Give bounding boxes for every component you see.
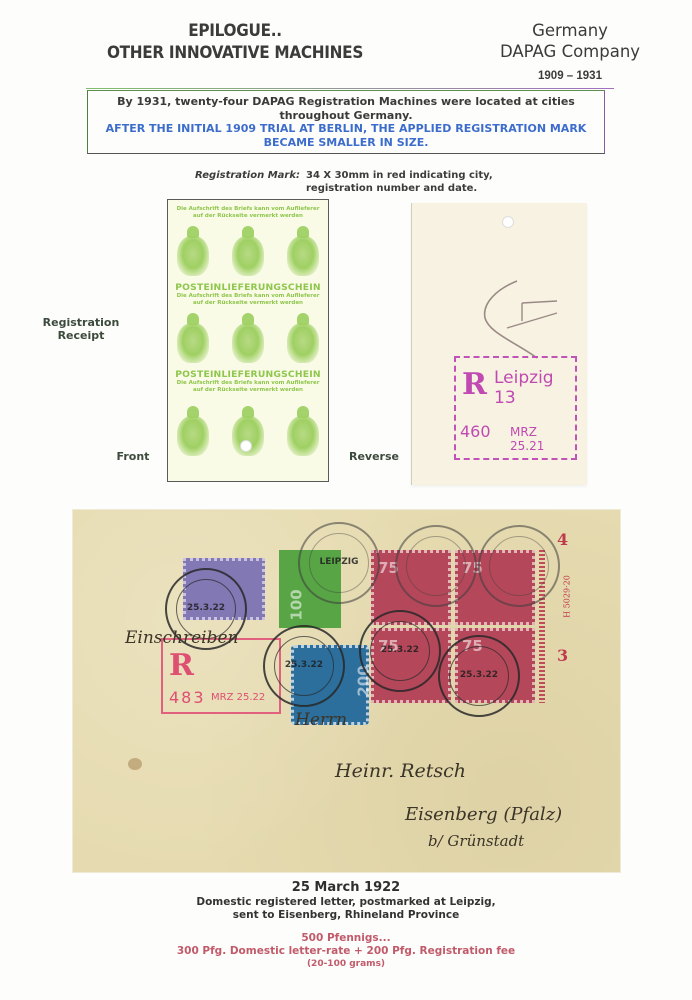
cover-caption: 25 March 1922 Domestic registered letter… (100, 880, 592, 971)
country: Germany (470, 20, 670, 41)
header-divider (86, 88, 614, 89)
registration-letter: R (169, 648, 194, 683)
handwriting-via: b/ Grünstadt (428, 832, 524, 850)
postmark-date: 25.3.22 (448, 670, 510, 680)
postmark: 25.3.22 (438, 635, 520, 717)
reverse-label: Reverse (342, 450, 406, 463)
reverse-registration-stamp: R Leipzig 13 460 MRZ 25.21 (454, 356, 577, 460)
intro-highlight-1: AFTER THE INITIAL 1909 TRIAL AT BERLIN, … (88, 122, 604, 136)
handwriting-registered: Einschreiben (125, 628, 239, 648)
postmark: 25.3.22 (263, 625, 345, 707)
registration-letter: R (462, 367, 487, 402)
receipt-small-text-5: Die Aufschrift des Briefs kann vom Aufli… (168, 380, 328, 387)
intro-highlight-2: BECAME SMALLER IN SIZE. (88, 136, 604, 150)
pencil-mark-icon (477, 273, 567, 363)
title-line-1: EPILOGUE.. (40, 20, 430, 42)
caption-desc-1: Domestic registered letter, postmarked a… (100, 896, 592, 909)
front-label: Front (108, 450, 158, 463)
stain (128, 758, 142, 770)
caption-date: 25 March 1922 (100, 880, 592, 896)
receipt-small-text-1: Die Aufschrift des Briefs kann vom Aufli… (168, 206, 328, 213)
plate-number: 4 H 5029·20 3 (555, 530, 577, 665)
eagle-icon (281, 311, 325, 367)
eagle-icon (226, 224, 270, 280)
page-title: EPILOGUE.. OTHER INNOVATIVE MACHINES (40, 20, 430, 64)
registration-mark-value-2: registration number and date. (306, 183, 477, 194)
eagle-icon (226, 311, 270, 367)
postmark-date: 25.3.22 (175, 603, 237, 613)
postmark-city: LEIPZIG (308, 557, 370, 567)
receipt-small-text-4: auf der Rückseite vermerkt werden (168, 300, 328, 307)
handwriting-name: Heinr. Retsch (335, 760, 466, 782)
caption-desc-2: sent to Eisenberg, Rhineland Province (100, 909, 592, 922)
plate-number-bottom: 3 (557, 646, 568, 665)
registration-number: 483 (169, 688, 206, 707)
intro-box: By 1931, twenty-four DAPAG Registration … (87, 90, 605, 154)
rate-breakdown: 300 Pfg. Domestic letter-rate + 200 Pfg.… (100, 945, 592, 958)
receipt-title-2: POSTEINLIEFERUNGSCHEIN (168, 369, 328, 380)
page-subtitle: Germany DAPAG Company 1909 – 1931 (470, 20, 670, 87)
registration-date: MRZ 25.22 (211, 692, 265, 703)
handwriting-city: Eisenberg (Pfalz) (405, 804, 562, 825)
receipt-reverse-image: R Leipzig 13 460 MRZ 25.21 (411, 203, 587, 485)
intro-text-2: throughout Germany. (88, 109, 604, 123)
eagle-row-2 (168, 311, 328, 367)
rate-total: 500 Pfennigs... (100, 932, 592, 945)
postmark-date: 25.3.22 (273, 660, 335, 670)
receipt-front-image: Die Aufschrift des Briefs kann vom Aufli… (167, 199, 329, 482)
postmark: 25.3.22 (359, 610, 441, 692)
postmark (395, 525, 477, 607)
eagle-icon (171, 311, 215, 367)
receipt-label-line-1: Registration (36, 316, 126, 329)
receipt-small-text-3: Die Aufschrift des Briefs kann vom Aufli… (168, 293, 328, 300)
stamp-denomination: 100 (288, 589, 306, 620)
punch-hole (240, 440, 252, 452)
postmark-date: 25.3.22 (369, 645, 431, 655)
registration-mark-note: Registration Mark:34 X 30mm in red indic… (150, 170, 570, 195)
cover-envelope-image: R 483 MRZ 25.22 100 200 75 75 75 75 4 H … (73, 510, 620, 872)
registration-mark-label: Registration Mark: (150, 170, 300, 183)
receipt-small-text-2: auf der Rückseite vermerkt werden (168, 213, 328, 220)
eagle-icon (281, 404, 325, 460)
receipt-small-text-6: auf der Rückseite vermerkt werden (168, 387, 328, 394)
plate-number-top: 4 (557, 530, 568, 549)
rate-weight: (20-100 grams) (100, 958, 592, 971)
postmark: LEIPZIG (298, 522, 380, 604)
title-line-2: OTHER INNOVATIVE MACHINES (40, 42, 430, 64)
plate-inscription: H 5029·20 (563, 552, 572, 642)
eagle-icon (281, 224, 325, 280)
receipt-section-label: Registration Receipt (36, 316, 126, 342)
receipt-title-1: POSTEINLIEFERUNGSCHEIN (168, 282, 328, 293)
registration-mark-value-1: 34 X 30mm in red indicating city, (306, 170, 493, 181)
registration-city: Leipzig 13 (494, 368, 575, 408)
handwriting-salutation: Herrn (295, 710, 347, 730)
eagle-row-1 (168, 224, 328, 280)
company: DAPAG Company (470, 41, 670, 62)
eagle-icon (171, 404, 215, 460)
postmark (478, 525, 560, 607)
registration-mark-value: 34 X 30mm in red indicating city,registr… (306, 170, 546, 195)
cover-registration-label: R 483 MRZ 25.22 (161, 638, 281, 714)
punch-hole (502, 216, 514, 228)
years: 1909 – 1931 (470, 66, 670, 87)
caption-rate: 500 Pfennigs... 300 Pfg. Domestic letter… (100, 932, 592, 971)
registration-date: MRZ 25.21 (510, 425, 575, 453)
receipt-label-line-2: Receipt (36, 329, 126, 342)
registration-number: 460 (460, 422, 491, 441)
eagle-icon (171, 224, 215, 280)
intro-text-1: By 1931, twenty-four DAPAG Registration … (88, 95, 604, 109)
